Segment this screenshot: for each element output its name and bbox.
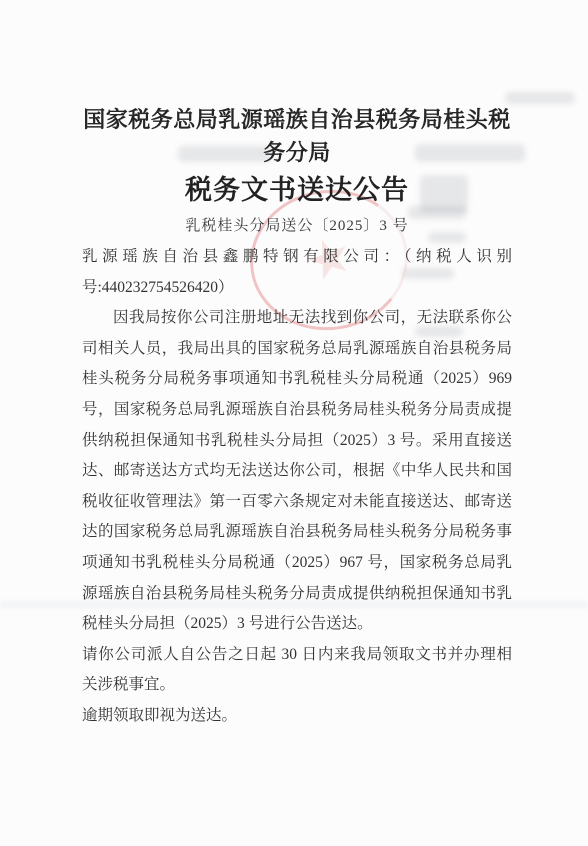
body-line: 税收征收管理法》第一百零六条规定对未能直接送达、邮寄送 bbox=[82, 487, 512, 518]
bleed-through-artifact bbox=[505, 92, 575, 104]
body-line: 供纳税担保通知书乳税桂头分局担（2025）3 号。采用直接送 bbox=[82, 426, 512, 457]
body-line: 号，国家税务总局乳源瑶族自治县税务局桂头税务分局责成提 bbox=[82, 395, 512, 426]
notice-title: 税务文书送达公告 bbox=[82, 172, 512, 208]
body-line: 税桂头分局担（2025）3 号进行公告送达。 bbox=[82, 609, 512, 640]
body-line: 乳源瑶族自治县鑫鹏特钢有限公司：（纳税人识别 bbox=[82, 242, 512, 273]
notice-body: 乳源瑶族自治县鑫鹏特钢有限公司：（纳税人识别 号:440232754526420… bbox=[82, 242, 512, 732]
body-line: 司相关人员，我局出具的国家税务总局乳源瑶族自治县税务局 bbox=[82, 334, 512, 365]
issuing-authority-title: 国家税务总局乳源瑶族自治县税务局桂头税 务分局 bbox=[82, 103, 512, 169]
document-number: 乳税桂头分局送公〔2025〕3 号 bbox=[82, 214, 512, 238]
body-line: 号:440232754526420） bbox=[82, 273, 512, 304]
document-body: 国家税务总局乳源瑶族自治县税务局桂头税 务分局 税务文书送达公告 乳税桂头分局送… bbox=[82, 103, 512, 732]
body-line: 逾期领取即视为送达。 bbox=[82, 701, 512, 732]
body-line: 关涉税事宜。 bbox=[82, 670, 512, 701]
body-line: 请你公司派人自公告之日起 30 日内来我局领取文书并办理相 bbox=[82, 640, 512, 671]
issuing-authority-line2: 务分局 bbox=[82, 136, 512, 169]
body-line: 桂头税务分局税务事项通知书乳税桂头分局税通（2025）969 bbox=[82, 364, 512, 395]
scanned-document-page: ★ 国家税务总局乳源瑶族自治县税务局桂头税 务分局 税务文书送达公告 乳税桂头分… bbox=[0, 0, 588, 846]
body-line: 因我局按你公司注册地址无法找到你公司，无法联系你公 bbox=[82, 303, 512, 334]
body-line: 达、邮寄送达方式均无法送达你公司，根据《中华人民共和国 bbox=[82, 456, 512, 487]
body-line: 达的国家税务总局乳源瑶族自治县税务局桂头税务分局税务事 bbox=[82, 517, 512, 548]
body-line: 源瑶族自治县税务局桂头税务分局责成提供纳税担保通知书乳 bbox=[82, 579, 512, 610]
body-line: 项通知书乳税桂头分局税通（2025）967 号，国家税务总局乳 bbox=[82, 548, 512, 579]
issuing-authority-line1: 国家税务总局乳源瑶族自治县税务局桂头税 bbox=[82, 103, 512, 136]
